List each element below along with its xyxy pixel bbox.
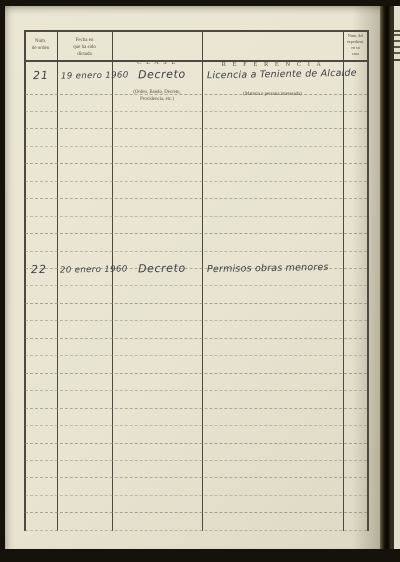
ruled-line (25, 338, 367, 339)
ruled-line (25, 233, 367, 234)
ruled-line (25, 408, 367, 409)
entry-reference: Permisos obras menores (207, 262, 329, 275)
entry-number: 22 (31, 263, 47, 276)
ruled-line (25, 373, 367, 374)
ruled-line (25, 320, 367, 321)
ruled-line (25, 251, 367, 252)
column-header-expediente: Núm. del expedient. en su caso (343, 33, 368, 57)
clase-title: C L A S E (112, 59, 202, 67)
ruled-line (25, 495, 367, 496)
ruled-line (25, 355, 367, 356)
ruled-line (25, 530, 367, 531)
book-gutter-shadow (380, 6, 392, 549)
next-page-rule (394, 59, 400, 61)
ruled-line (25, 181, 367, 182)
table-left-border (24, 30, 26, 531)
clase-subtitle: (Orden, Bando, Decreto, Providencia, etc… (112, 90, 202, 103)
ruled-line (25, 460, 367, 461)
ruled-line (25, 512, 367, 513)
ruled-line (25, 390, 367, 391)
column-header-fecha: Fecha en que ha sido dictada (57, 37, 112, 59)
entry-class: Decreto (138, 68, 186, 82)
ruled-line (25, 216, 367, 217)
ruled-line (25, 303, 367, 304)
column-line-1 (57, 30, 58, 531)
entry-number: 21 (33, 69, 49, 82)
ruled-line (25, 146, 367, 147)
ruled-line (25, 285, 367, 286)
next-page-rule (394, 30, 400, 32)
entry-date: 20 enero 1960 (60, 264, 128, 275)
ruled-line (25, 198, 367, 199)
table-right-border (367, 30, 369, 531)
ruled-line (25, 163, 367, 164)
referencia-subtitle: (Materia o persona interesada) (202, 92, 343, 98)
entry-class: Decreto (138, 262, 186, 276)
next-page-header-marks (394, 34, 400, 58)
ruled-line (25, 443, 367, 444)
ruled-line (25, 425, 367, 426)
next-page-sliver (392, 6, 400, 549)
entry-date: 19 enero 1960 (61, 70, 129, 81)
ruled-line (25, 477, 367, 478)
column-header-num-orden: Núm. de orden (24, 38, 57, 53)
ruled-line (25, 128, 367, 129)
table-top-border (24, 30, 369, 32)
